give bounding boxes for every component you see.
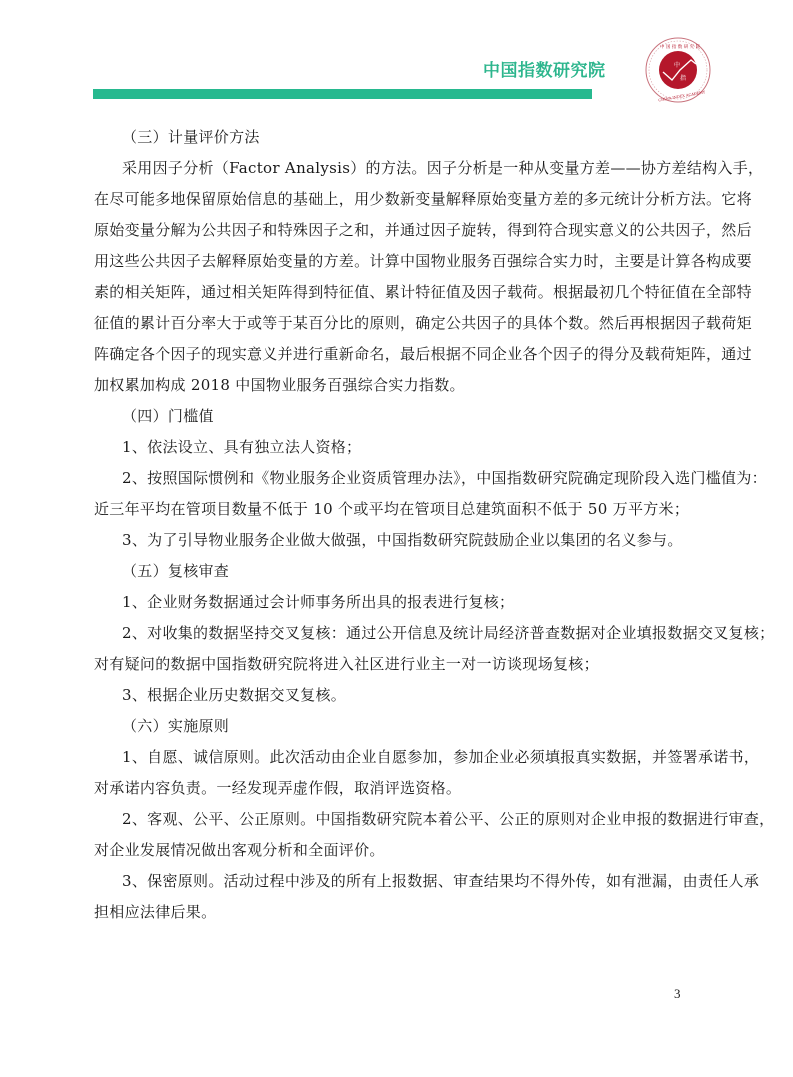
list-item: 1、自愿、诚信原则。此次活动由企业自愿参加，参加企业必须填报真实数据，并签署承诺… xyxy=(94,747,701,778)
list-item-continuation: 担相应法律后果。 xyxy=(94,902,701,933)
svg-text:中: 中 xyxy=(674,61,680,69)
list-item-continuation: 近三年平均在管项目数量不低于 10 个或平均在管项目总建筑面积不低于 50 万平… xyxy=(94,499,701,530)
list-item: 2、对收集的数据坚持交叉复核：通过公开信息及统计局经济普查数据对企业填报数据交叉… xyxy=(94,623,701,654)
svg-text:指: 指 xyxy=(680,74,686,82)
section-heading-threshold: （四）门槛值 xyxy=(94,406,701,437)
header-accent-bar xyxy=(93,89,592,99)
list-item-continuation: 对承诺内容负责。一经发现弄虚作假，取消评选资格。 xyxy=(94,778,701,809)
paragraph-line: 原始变量分解为公共因子和特殊因子之和，并通过因子旋转，得到符合现实意义的公共因子… xyxy=(94,220,701,251)
list-item: 3、根据企业历史数据交叉复核。 xyxy=(94,685,701,716)
list-item: 1、依法设立、具有独立法人资格； xyxy=(94,437,701,468)
document-body: （三）计量评价方法 采用因子分析（Factor Analysis）的方法。因子分… xyxy=(94,127,701,933)
paragraph-line: 用这些公共因子去解释原始变量的方差。计算中国物业服务百强综合实力时，主要是计算各… xyxy=(94,251,701,282)
section-heading-measurement-method: （三）计量评价方法 xyxy=(94,127,701,158)
china-index-academy-seal-icon: 中 指 中 国 指 数 研 究 院 CHINA INDEX ACADEMY xyxy=(644,36,712,104)
list-item: 2、客观、公平、公正原则。中国指数研究院本着公平、公正的原则对企业申报的数据进行… xyxy=(94,809,701,840)
paragraph-line: 素的相关矩阵，通过相关矩阵得到特征值、累计特征值及因子载荷。根据最初几个特征值在… xyxy=(94,282,701,313)
page-number: 3 xyxy=(674,986,681,1002)
list-item-continuation: 对有疑问的数据中国指数研究院将进入社区进行业主一对一访谈现场复核； xyxy=(94,654,701,685)
list-item: 3、为了引导物业服务企业做大做强，中国指数研究院鼓励企业以集团的名义参与。 xyxy=(94,530,701,561)
section-heading-review: （五）复核审查 xyxy=(94,561,701,592)
section-heading-principles: （六）实施原则 xyxy=(94,716,701,747)
list-item: 2、按照国际惯例和《物业服务企业资质管理办法》，中国指数研究院确定现阶段入选门槛… xyxy=(94,468,701,499)
paragraph-line: 在尽可能多地保留原始信息的基础上，用少数新变量解释原始变量方差的多元统计分析方法… xyxy=(94,189,701,220)
header-title: 中国指数研究院 xyxy=(483,56,606,81)
svg-text:中 国 指 数 研 究 院: 中 国 指 数 研 究 院 xyxy=(660,43,701,50)
paragraph-line: 阵确定各个因子的现实意义并进行重新命名，最后根据不同企业各个因子的得分及载荷矩阵… xyxy=(94,344,701,375)
paragraph-line: 采用因子分析（Factor Analysis）的方法。因子分析是一种从变量方差—… xyxy=(94,158,701,189)
list-item-continuation: 对企业发展情况做出客观分析和全面评价。 xyxy=(94,840,701,871)
paragraph-line: 加权累加构成 2018 中国物业服务百强综合实力指数。 xyxy=(94,375,701,406)
list-item: 1、企业财务数据通过会计师事务所出具的报表进行复核； xyxy=(94,592,701,623)
list-item: 3、保密原则。活动过程中涉及的所有上报数据、审查结果均不得外传，如有泄漏，由责任… xyxy=(94,871,701,902)
paragraph-line: 征值的累计百分率大于或等于某百分比的原则，确定公共因子的具体个数。然后再根据因子… xyxy=(94,313,701,344)
